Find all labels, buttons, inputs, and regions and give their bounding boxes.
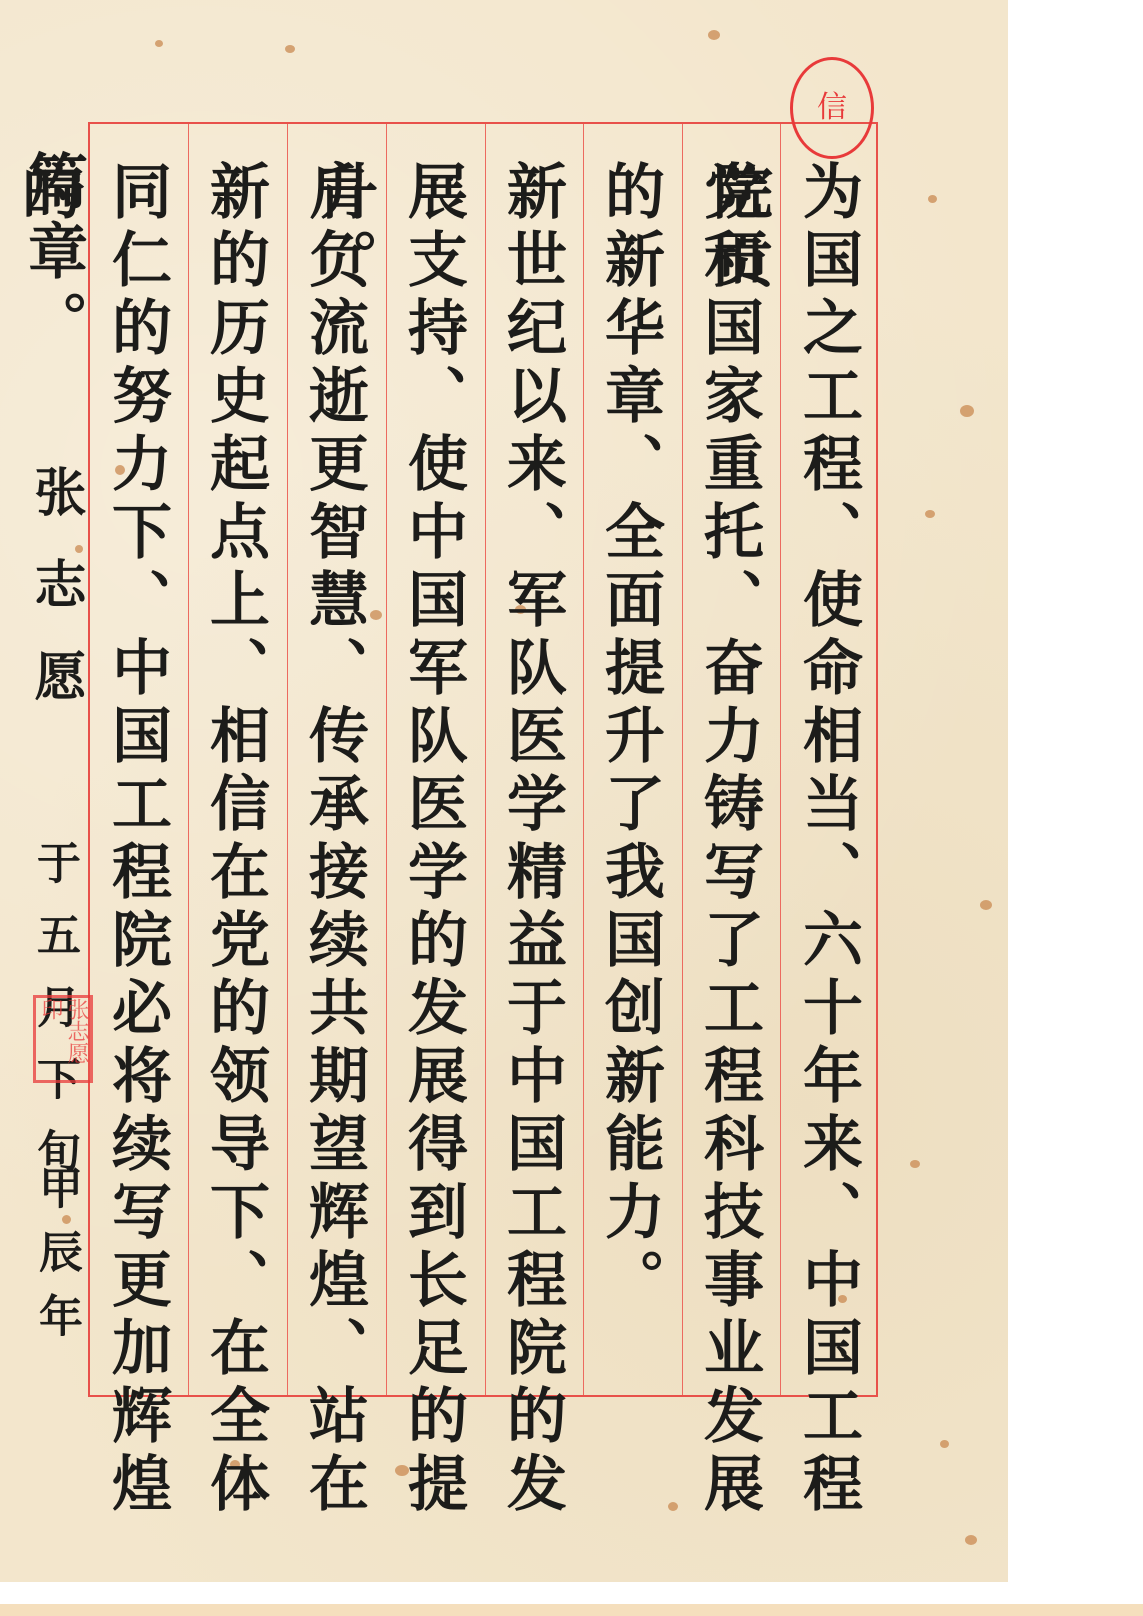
paper-speck bbox=[285, 45, 295, 53]
column-rule bbox=[287, 124, 288, 1395]
paper-speck bbox=[925, 510, 935, 518]
paper-speck bbox=[965, 1535, 977, 1545]
paper-speck bbox=[155, 40, 163, 47]
paper-speck bbox=[980, 900, 992, 910]
text-column-3: 的新华章、全面提升了我国创新能力。 bbox=[585, 160, 675, 1316]
paper-speck bbox=[910, 1160, 920, 1168]
column-rule bbox=[780, 124, 781, 1395]
paper-speck bbox=[940, 1440, 949, 1448]
closing-text: 篇章。 bbox=[10, 150, 96, 360]
scan-bottom-edge bbox=[0, 1604, 1143, 1616]
column-rule bbox=[583, 124, 584, 1395]
text-column-2: 党和国家重托、奋力铸写了工程科技事业发展 bbox=[684, 160, 774, 1520]
text-column-4: 新世纪以来、军队医学精益于中国工程院的发 bbox=[487, 160, 577, 1520]
column-rule bbox=[682, 124, 683, 1395]
signature-name: 张志愿 bbox=[18, 465, 93, 741]
text-column-1: 为国之工程、使命相当、六十年来、中国工程院贡 bbox=[783, 160, 873, 1582]
paper-speck bbox=[928, 195, 937, 203]
text-column-8: 同仁的努力下、中国工程院必将续写更加辉煌的 bbox=[92, 160, 182, 1582]
column-rule bbox=[485, 124, 486, 1395]
text-column-5: 展支持、使中国军队医学的发展得到长足的提升。 bbox=[388, 160, 478, 1582]
round-seal: 信 bbox=[790, 57, 874, 159]
paper-speck bbox=[668, 1502, 678, 1511]
paper-speck bbox=[960, 405, 974, 417]
square-seal-text: 张志愿印 bbox=[37, 998, 89, 1080]
letter-paper: 为国之工程、使命相当、六十年来、中国工程院贡 党和国家重托、奋力铸写了工程科技事… bbox=[0, 0, 1008, 1582]
column-rule bbox=[188, 124, 189, 1395]
text-column-7: 新的历史起点上、相信在党的领导下、在全体 bbox=[190, 160, 280, 1520]
round-seal-text: 信 bbox=[817, 90, 847, 126]
paper-speck bbox=[708, 30, 720, 40]
column-rule bbox=[386, 124, 387, 1395]
text-column-6: 肩负流逝更智慧、传承接续共期望辉煌、站在 bbox=[289, 160, 379, 1520]
square-seal: 张志愿印 bbox=[33, 995, 93, 1083]
signature-year: 甲辰年 bbox=[24, 1165, 88, 1357]
